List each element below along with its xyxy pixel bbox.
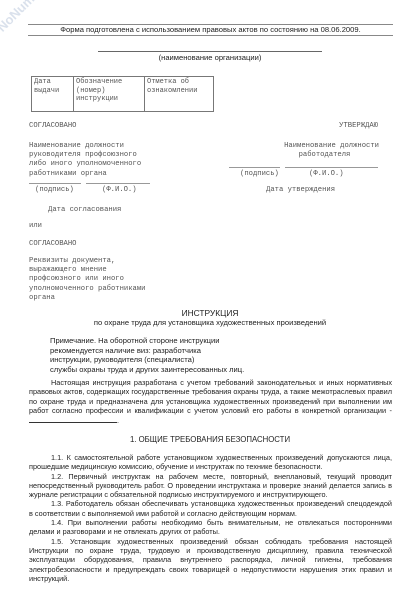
issue-cell-ack: Отметка обознакомлении	[145, 77, 214, 112]
approval-left-position: Наименование должности руководителя проф…	[29, 142, 141, 179]
document-title: ИНСТРУКЦИЯ	[0, 308, 420, 318]
right-date-label: Дата утверждения	[266, 186, 335, 195]
issue-cell-number: Обозначение(номер)инструкции	[74, 77, 145, 112]
organization-label: (наименование организации)	[98, 53, 322, 62]
approval-left-heading: СОГЛАСОВАНО	[29, 122, 76, 131]
section1-body: 1.1. К самостоятельной работе установщик…	[29, 453, 392, 583]
or-label: или	[29, 222, 42, 231]
right-signature-label: (подпись)	[240, 170, 279, 179]
item-1-3: 1.3. Работодатель обязан обеспечивать ус…	[29, 499, 392, 518]
right-name-label: (Ф.И.О.)	[309, 170, 344, 179]
organization-blank	[29, 415, 117, 423]
document-subtitle: по охране труда для установщика художест…	[0, 318, 420, 327]
right-name-line	[285, 167, 378, 168]
left-signature-label: (подпись)	[35, 186, 74, 195]
item-1-5: 1.5. Установщик художественных произведе…	[29, 537, 392, 583]
left-date-label: Дата согласования	[48, 206, 121, 215]
section1-heading: 1. ОБЩИЕ ТРЕБОВАНИЯ БЕЗОПАСНОСТИ	[0, 435, 420, 444]
issue-cell-date: Датавыдачи	[32, 77, 74, 112]
form-note: Форма подготовлена с использованием прав…	[28, 24, 393, 36]
issue-table: Датавыдачи Обозначение(номер)инструкции …	[31, 76, 214, 112]
organization-line	[98, 51, 322, 52]
left-name-label: (Ф.И.О.)	[102, 186, 137, 195]
intro-paragraph: Настоящая инструкция разработана с учето…	[29, 378, 392, 425]
note-block: Примечание. На оборотной стороне инструк…	[50, 336, 244, 374]
left-signature-line	[29, 183, 81, 184]
right-signature-line	[229, 167, 280, 168]
approval-alt-details: Реквизиты документа, выражающего мнение …	[29, 257, 145, 303]
approval-alt-heading: СОГЛАСОВАНО	[29, 240, 76, 249]
item-1-2: 1.2. Первичный инструктаж на рабочем мес…	[29, 472, 392, 500]
item-1-4: 1.4. При выполнении работы необходимо бы…	[29, 518, 392, 537]
approval-right-position: Наименование должности работодателя	[271, 142, 378, 160]
left-name-line	[86, 183, 150, 184]
item-1-1: 1.1. К самостоятельной работе установщик…	[29, 453, 392, 472]
approval-right-heading: УТВЕРЖДАЮ	[339, 122, 378, 131]
